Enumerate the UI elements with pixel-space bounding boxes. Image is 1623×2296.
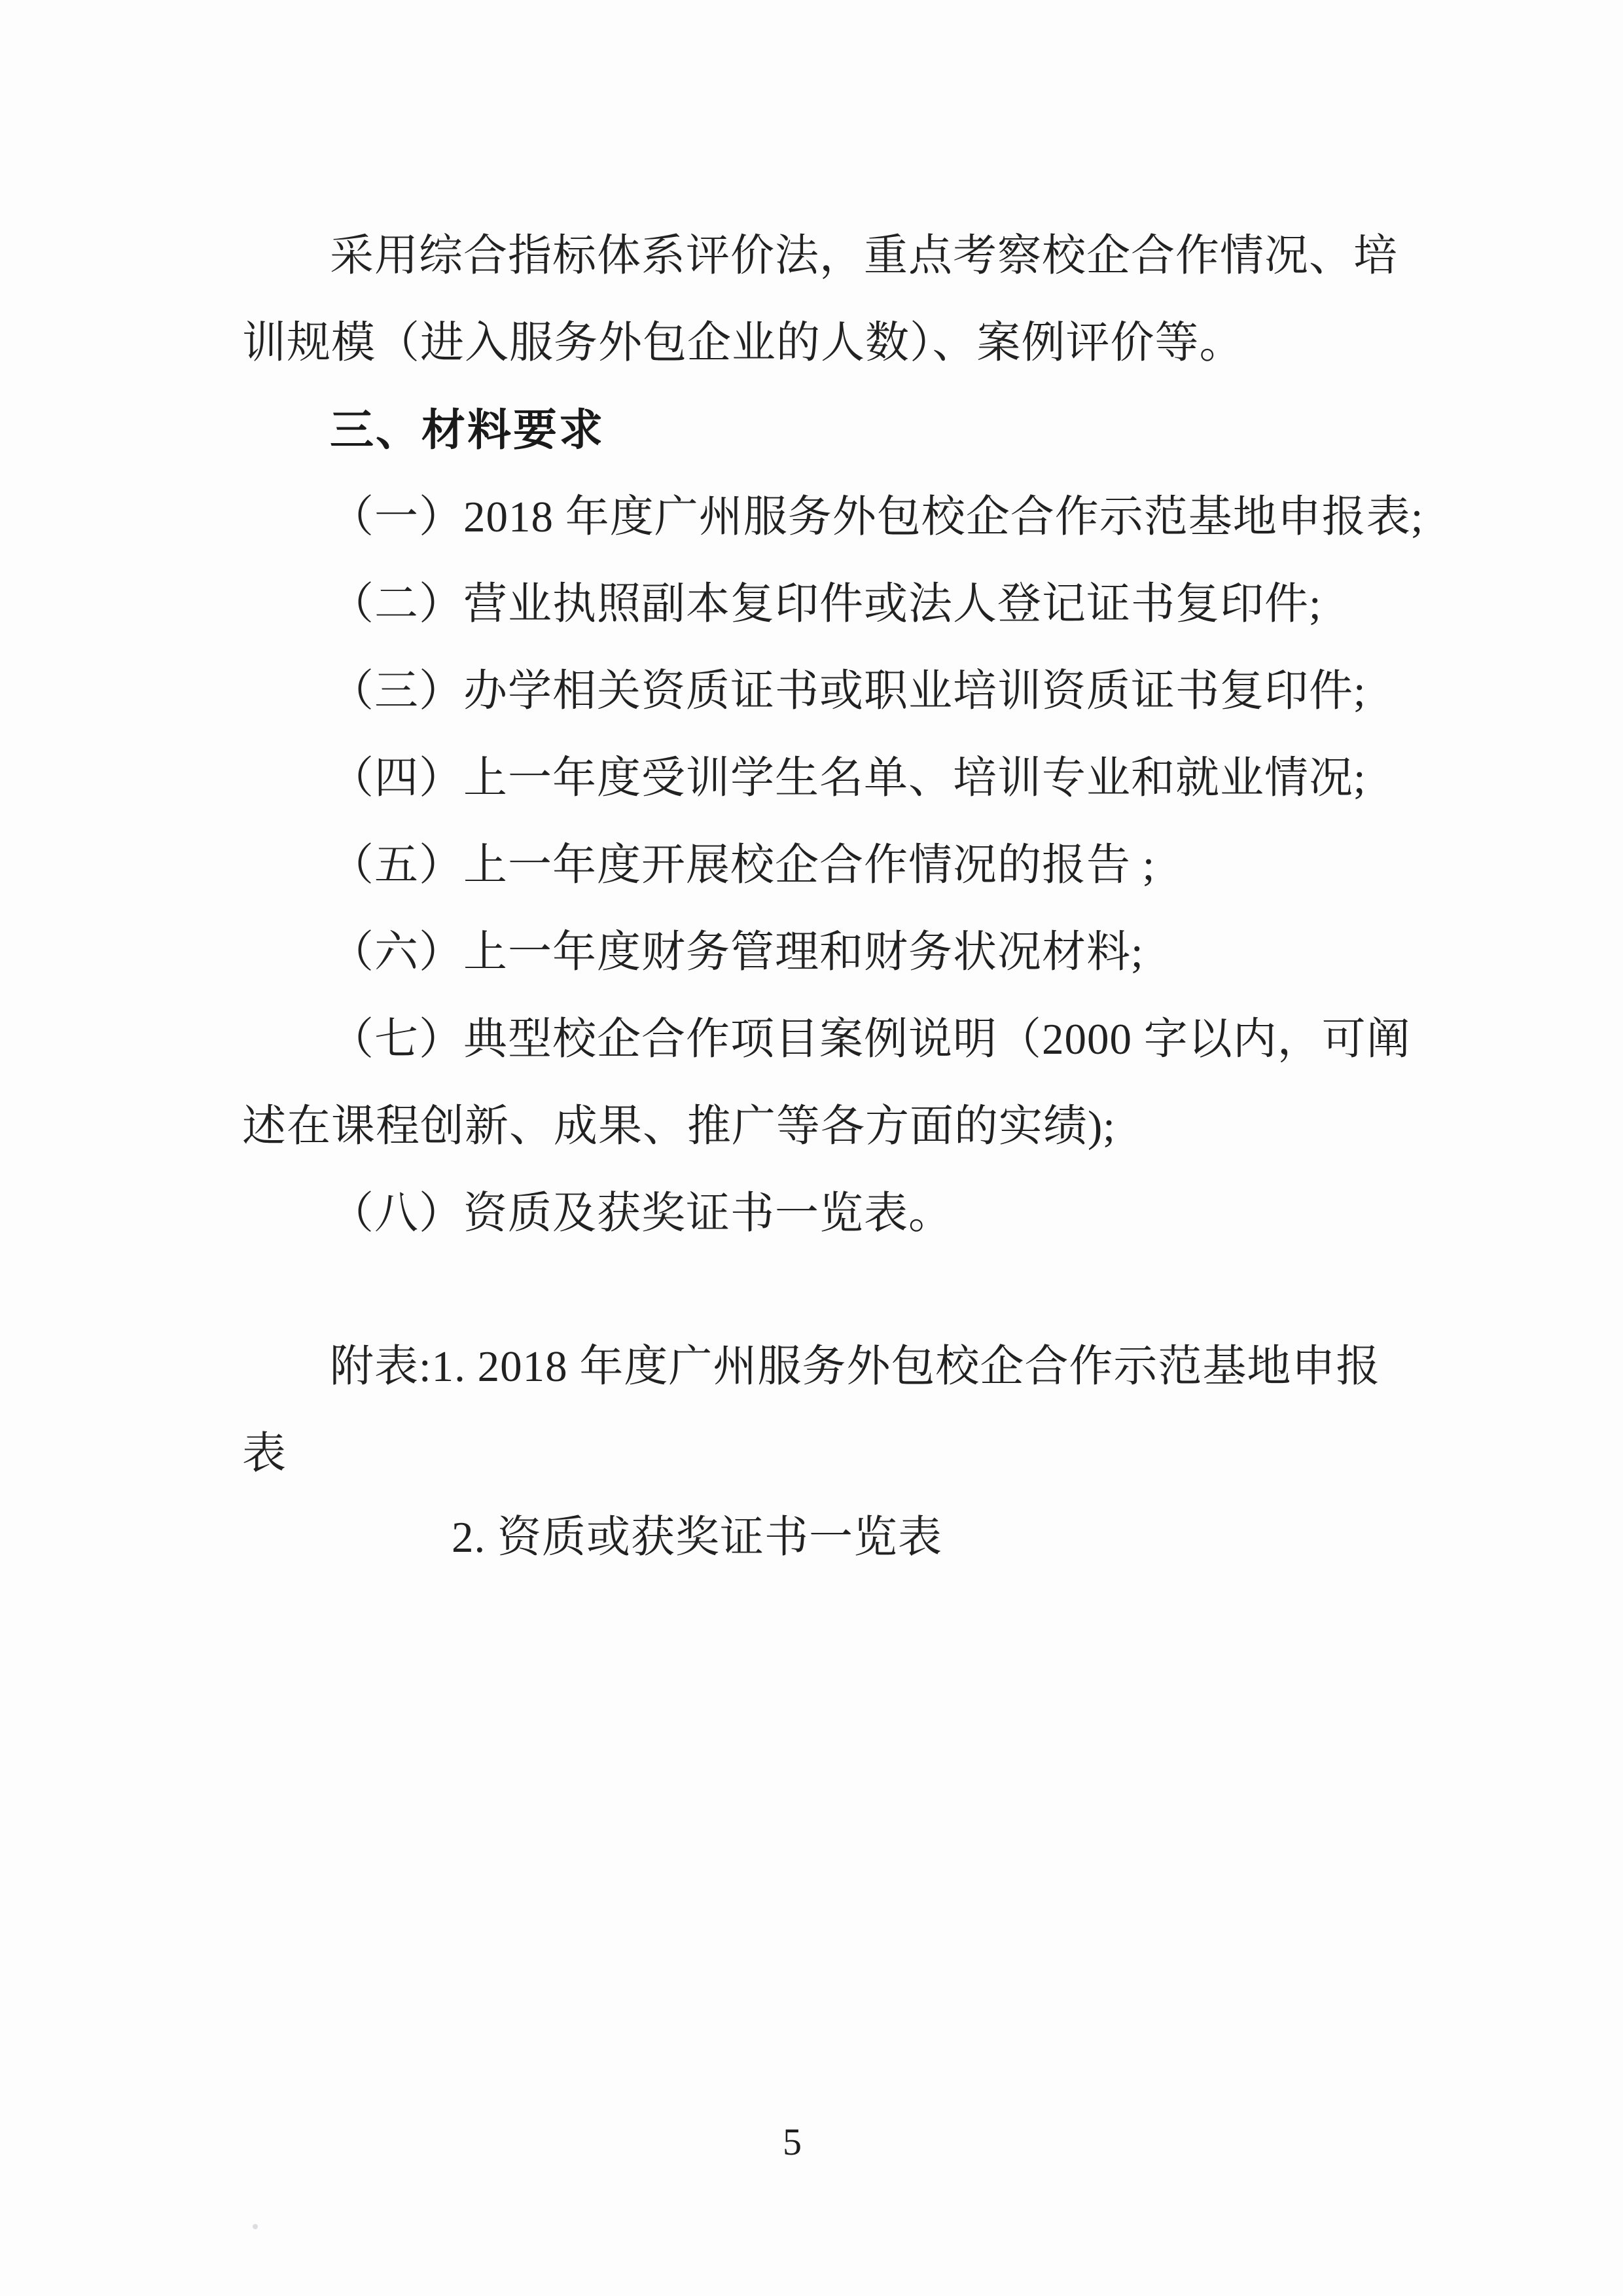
requirement-item-3: （三）办学相关资质证书或职业培训资质证书复印件; — [330, 670, 1366, 713]
intro-paragraph-line-1: 采用综合指标体系评价法，重点考察校企合作情况、培 — [330, 234, 1398, 278]
appendix-line-1: 附表:1. 2018 年度广州服务外包校企合作示范基地申报 — [330, 1345, 1380, 1389]
appendix-line-1-wrap: 表 — [242, 1432, 287, 1476]
page-number: 5 — [783, 2123, 802, 2161]
scan-speck — [253, 2224, 258, 2229]
appendix-line-2: 2. 资质或获奖证书一览表 — [452, 1516, 942, 1560]
requirement-item-2: （二）营业执照副本复印件或法人登记证书复印件; — [330, 583, 1322, 626]
requirement-item-8: （八）资质及获奖证书一览表。 — [330, 1192, 953, 1236]
requirement-item-6: （六）上一年度财务管理和财务状况材料; — [330, 931, 1144, 975]
document-page: 采用综合指标体系评价法，重点考察校企合作情况、培 训规模（进入服务外包企业的人数… — [0, 0, 1623, 2296]
requirement-item-4: （四）上一年度受训学生名单、培训专业和就业情况; — [330, 757, 1366, 800]
requirement-item-5: （五）上一年度开展校企合作情况的报告 ; — [330, 844, 1155, 888]
requirement-item-1: （一）2018 年度广州服务外包校企合作示范基地申报表; — [330, 495, 1423, 539]
requirement-item-7-line-2: 述在课程创新、成果、推广等各方面的实绩); — [242, 1105, 1116, 1149]
requirement-item-7-line-1: （七）典型校企合作项目案例说明（2000 字以内，可阐 — [330, 1018, 1411, 1062]
section-heading: 三、材料要求 — [330, 408, 605, 452]
intro-paragraph-line-2: 训规模（进入服务外包企业的人数）、案例评价等。 — [242, 321, 1244, 365]
